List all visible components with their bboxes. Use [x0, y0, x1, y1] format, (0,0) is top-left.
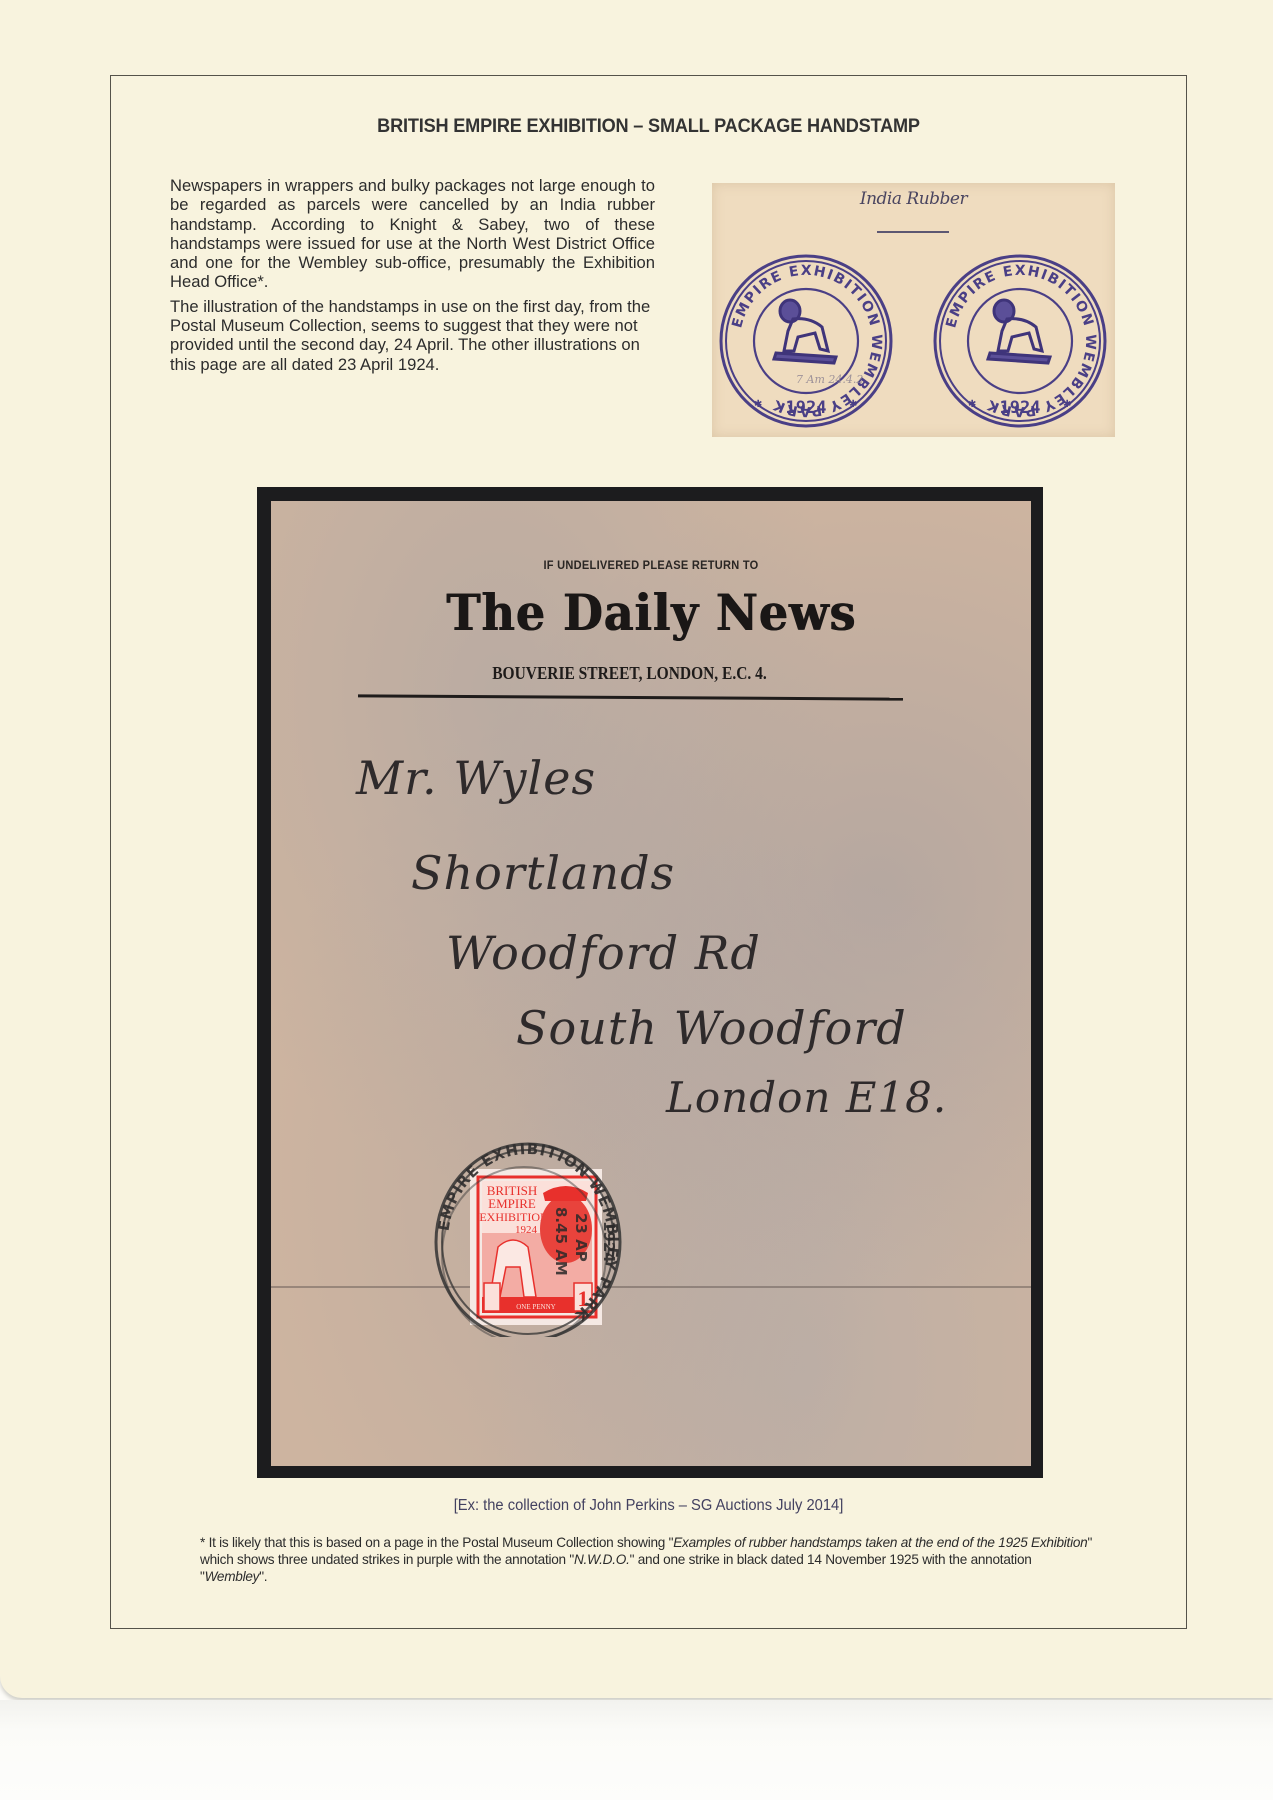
svg-text:✱: ✱ [968, 399, 976, 410]
handstamp-strike-left-icon: EMPIRE EXHIBITION WEMBLEY PARK 1924 ✱ ✱ … [718, 253, 894, 429]
footnote-quote-nwdo: N.W.D.O. [574, 1552, 630, 1567]
svg-text:7 Am 24.4.2: 7 Am 24.4.2 [796, 373, 863, 386]
intro-paragraph-2: The illustration of the handstamps in us… [170, 297, 655, 374]
masthead-rule [358, 694, 903, 700]
svg-text:1924: 1924 [515, 1224, 538, 1236]
page-title: BRITISH EMPIRE EXHIBITION – SMALL PACKAG… [148, 115, 1150, 138]
svg-text:1924: 1924 [1000, 398, 1041, 418]
wrapper-mount: IF UNDELIVERED PLEASE RETURN TO The Dail… [257, 487, 1043, 1478]
addressee-line-3: Woodford Rd [446, 926, 761, 980]
addressee-line-2: Shortlands [411, 846, 675, 900]
provenance-caption: [Ex: the collection of John Perkins – SG… [137, 1497, 1160, 1515]
intro-text: Newspapers in wrappers and bulky package… [170, 176, 655, 379]
masthead: The Daily News [301, 583, 1000, 642]
svg-text:8.45 AM: 8.45 AM [552, 1207, 570, 1276]
postage-stamp-with-postmark: BRITISH EMPIRE EXHIBITION 1924 1 ONE PEN… [428, 1137, 628, 1337]
handstamp-strike-right-icon: EMPIRE EXHIBITION WEMBLEY PARK 1924 ✱ ✱ [932, 253, 1108, 429]
publisher-address: BOUVERIE STREET, LONDON, E.C. 4. [324, 663, 978, 684]
annotation-underline [877, 231, 949, 233]
svg-text:✱: ✱ [754, 399, 762, 410]
india-rubber-annotation: India Rubber [712, 189, 1115, 209]
footnote-quote-wembley: Wembley [205, 1569, 260, 1584]
footnote-text: ". [259, 1569, 267, 1584]
fold-line [271, 1286, 1031, 1288]
addressee-line-1: Mr. Wyles [356, 751, 596, 805]
svg-text:EMPIRE EXHIBITION WEMBLEY PARK: EMPIRE EXHIBITION WEMBLEY PARK [729, 263, 884, 419]
newspaper-wrapper: IF UNDELIVERED PLEASE RETURN TO The Dail… [271, 501, 1031, 1466]
svg-text:EMPIRE EXHIBITION WEMBLEY PARK: EMPIRE EXHIBITION WEMBLEY PARK [943, 263, 1098, 419]
svg-text:ONE PENNY: ONE PENNY [516, 1303, 555, 1311]
handstamp-illustration: India Rubber EMPIRE EXHIBITION WEMBLEY P… [712, 183, 1115, 437]
svg-text:23 AP: 23 AP [572, 1213, 590, 1262]
svg-text:EXHIBITION: EXHIBITION [479, 1210, 549, 1224]
footnote-quote-title: Examples of rubber handstamps taken at t… [673, 1535, 1087, 1550]
svg-text:EMPIRE: EMPIRE [488, 1196, 536, 1211]
svg-text:1924: 1924 [600, 1221, 618, 1263]
footnote: * It is likely that this is based on a p… [200, 1535, 1100, 1585]
scan-background [0, 1700, 1273, 1800]
svg-text:1924: 1924 [786, 398, 827, 418]
return-notice: IF UNDELIVERED PLEASE RETURN TO [301, 558, 1000, 572]
footnote-text: * It is likely that this is based on a p… [200, 1535, 673, 1550]
album-page: BRITISH EMPIRE EXHIBITION – SMALL PACKAG… [0, 0, 1273, 1698]
addressee-line-5: London E18. [666, 1073, 947, 1122]
addressee-line-4: South Woodford [516, 1001, 907, 1055]
svg-text:✱: ✱ [849, 399, 857, 410]
intro-paragraph-1: Newspapers in wrappers and bulky package… [170, 176, 655, 292]
svg-text:✱: ✱ [1063, 399, 1071, 410]
